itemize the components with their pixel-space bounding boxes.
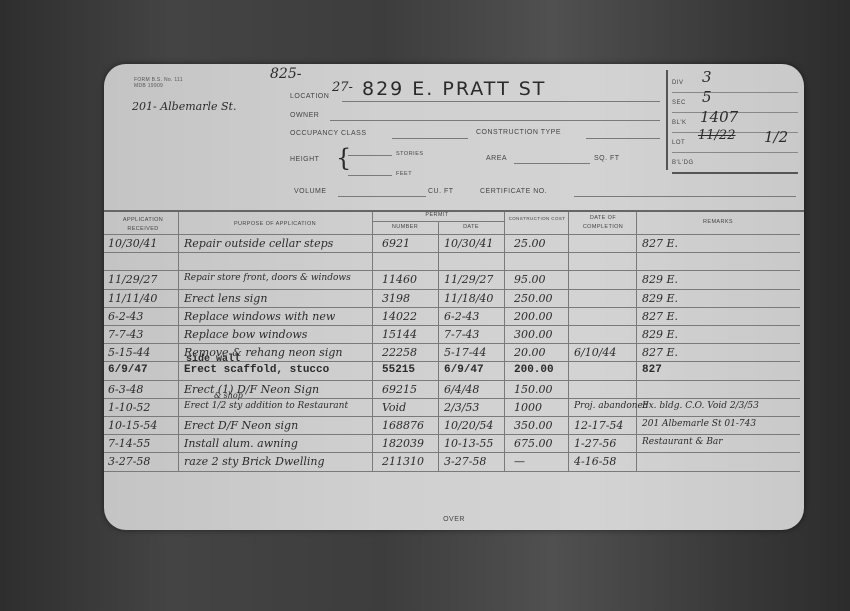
cell-cost: 1000 [514, 401, 542, 414]
cell-date: 10/20/54 [444, 419, 493, 432]
cell-completion: 1-27-56 [574, 437, 616, 450]
cell-received: 5-15-44 [108, 346, 150, 359]
header-completion: DATE OF COMPLETION [570, 214, 636, 232]
div-label: DIV [672, 80, 684, 86]
height-brace: { [336, 144, 351, 172]
cell-cost: 20.00 [514, 346, 546, 359]
location-line [342, 101, 660, 102]
cell-received: 6/9/47 [108, 364, 148, 376]
cell-purpose: Erect scaffold, stucco [184, 364, 329, 376]
cell-cost: 350.00 [514, 419, 553, 432]
purpose-note: side wall [186, 354, 240, 365]
location-prefix: 27- [332, 80, 353, 95]
cell-purpose: Install alum. awning [184, 437, 298, 450]
table-column-rule [178, 212, 179, 471]
cell-purpose: Erect 1/2 sty addition to Restaurant [184, 401, 348, 411]
cell-cost: 200.00 [514, 310, 553, 323]
table-rule [104, 452, 800, 453]
cell-cost: — [514, 455, 525, 468]
table-rule [104, 398, 800, 399]
cell-remarks: 827 E. [642, 237, 678, 250]
cell-number: 22258 [382, 346, 417, 359]
table-rule [104, 307, 800, 308]
cell-remarks: 829 E. [642, 292, 678, 305]
alt-address: 201- Albemarle St. [132, 100, 236, 113]
cuft-label: CU. FT [428, 188, 454, 195]
occupancy-line [392, 138, 468, 139]
cell-remarks: 829 E. [642, 273, 678, 286]
cell-cost: 25.00 [514, 237, 546, 250]
cell-date: 10-13-55 [444, 437, 493, 450]
cell-remarks: 829 E. [642, 328, 678, 341]
cell-received: 11/29/27 [108, 273, 157, 286]
table-rule [104, 289, 800, 290]
permit-record-card: FORM B.S. No. 111 MDB 19909 825- 201- Al… [104, 64, 804, 530]
cell-purpose: raze 2 sty Brick Dwelling [184, 455, 325, 468]
cell-date: 5-17-44 [444, 346, 486, 359]
over-label: OVER [104, 516, 804, 523]
sec-label: SEC [672, 100, 686, 106]
table-rule [104, 380, 800, 381]
cell-purpose: Erect lens sign [184, 292, 267, 305]
cell-received: 6-2-43 [108, 310, 143, 323]
header-cost: CONSTRUCTION COST [506, 214, 568, 223]
volume-line [338, 196, 426, 197]
feet-label: FEET [396, 171, 412, 177]
owner-line [330, 120, 660, 121]
header-number: NUMBER [372, 223, 438, 232]
cell-received: 10-15-54 [108, 419, 157, 432]
volume-label: VOLUME [294, 188, 327, 195]
table-column-rule [438, 221, 439, 471]
cell-number: 6921 [382, 237, 410, 250]
cell-completion: Proj. abandoned [574, 401, 649, 411]
cell-cost: 95.00 [514, 273, 546, 286]
cell-number: 3198 [382, 292, 410, 305]
lot-value: 1/2 [764, 128, 788, 146]
occupancy-label: OCCUPANCY CLASS [290, 130, 366, 137]
cell-date: 6/4/48 [444, 383, 479, 396]
table-rule [104, 343, 800, 344]
area-line [514, 163, 590, 164]
table-column-rule [636, 212, 637, 471]
table-rule [104, 325, 800, 326]
purpose-note: & shop [214, 391, 243, 400]
cell-number: 211310 [382, 455, 424, 468]
building-row: B'L'DG [672, 152, 798, 174]
header-purpose: PURPOSE OF APPLICATION [180, 220, 370, 229]
cell-number: Void [382, 401, 406, 414]
table-column-rule [568, 212, 569, 471]
cell-remarks: 827 E. [642, 310, 678, 323]
div-row: DIV 3 [672, 72, 798, 93]
parcel-info-box: DIV 3 SEC 5 BL'K 1407 LOT 11/22 1/2 B'L'… [666, 70, 798, 170]
stories-line [348, 155, 392, 156]
sqft-label: SQ. FT [594, 155, 620, 162]
top-annotation: 825- [270, 66, 301, 82]
cell-purpose: Erect (1) D/F Neon Sign [184, 383, 319, 396]
table-rule [104, 252, 800, 253]
cell-cost: 250.00 [514, 292, 553, 305]
location-value: 829 E. PRATT ST [362, 78, 546, 100]
cell-purpose: Erect D/F Neon sign [184, 419, 298, 432]
cell-date: 6-2-43 [444, 310, 479, 323]
cell-number: 14022 [382, 310, 417, 323]
cell-purpose: Replace windows with new [184, 310, 335, 323]
header-date: DATE [438, 223, 504, 232]
cell-date: 11/29/27 [444, 273, 493, 286]
feet-line [348, 175, 392, 176]
table-rule [104, 434, 800, 435]
sec-value: 5 [702, 88, 712, 106]
cell-completion: 6/10/44 [574, 346, 616, 359]
cell-received: 10/30/41 [108, 237, 157, 250]
lot-struck-value: 11/22 [698, 128, 735, 143]
cell-purpose: Replace bow windows [184, 328, 307, 341]
location-label: LOCATION [290, 93, 329, 100]
table-rule [104, 471, 800, 472]
block-label: BL'K [672, 120, 687, 126]
cell-purpose: Repair store front, doors & windows [184, 273, 351, 283]
block-value: 1407 [700, 108, 738, 126]
cell-date: 7-7-43 [444, 328, 479, 341]
cell-cost: 200.00 [514, 364, 554, 376]
header-received: APPLICATION RECEIVED [110, 216, 176, 234]
cell-received: 7-14-55 [108, 437, 150, 450]
cell-date: 3-27-58 [444, 455, 486, 468]
header-permit: PERMIT [372, 211, 502, 220]
table-column-rule [504, 212, 505, 471]
building-label: B'L'DG [672, 160, 694, 166]
cell-remarks: Restaurant & Bar [642, 437, 723, 447]
cell-cost: 150.00 [514, 383, 553, 396]
table-rule [104, 270, 800, 271]
cell-received: 11/11/40 [108, 292, 157, 305]
cell-received: 3-27-58 [108, 455, 150, 468]
cell-date: 2/3/53 [444, 401, 479, 414]
cell-cost: 300.00 [514, 328, 553, 341]
header-remarks: REMARKS [638, 218, 798, 227]
cell-completion: 4-16-58 [574, 455, 616, 468]
lot-label: LOT [672, 140, 685, 146]
div-value: 3 [702, 68, 712, 86]
construction-type-label: CONSTRUCTION TYPE [476, 129, 561, 136]
cell-completion: 12-17-54 [574, 419, 623, 432]
permit-table: APPLICATION RECEIVED PURPOSE OF APPLICAT… [104, 210, 804, 512]
cell-number: 182039 [382, 437, 424, 450]
cell-date: 11/18/40 [444, 292, 493, 305]
cell-received: 6-3-48 [108, 383, 143, 396]
form-number: FORM B.S. No. 111 MDB 19909 [134, 77, 183, 89]
table-column-rule [372, 212, 373, 471]
area-label: AREA [486, 155, 507, 162]
construction-type-line [586, 138, 660, 139]
certificate-label: CERTIFICATE NO. [480, 188, 547, 195]
cell-date: 10/30/41 [444, 237, 493, 250]
lot-row: LOT 11/22 1/2 [672, 132, 798, 153]
cell-purpose: Repair outside cellar steps [184, 237, 333, 250]
certificate-line [574, 196, 796, 197]
owner-label: OWNER [290, 112, 319, 119]
cell-number: 55215 [382, 364, 415, 376]
cell-cost: 675.00 [514, 437, 553, 450]
cell-number: 15144 [382, 328, 417, 341]
cell-number: 11460 [382, 273, 417, 286]
cell-received: 1-10-52 [108, 401, 150, 414]
table-rule [104, 416, 800, 417]
height-label: HEIGHT [290, 156, 319, 163]
cell-date: 6/9/47 [444, 364, 484, 376]
table-rule [104, 234, 800, 235]
cell-remarks: Ex. bldg. C.O. Void 2/3/53 [642, 401, 759, 411]
cell-remarks: 201 Albemarle St 01-743 [642, 419, 756, 429]
cell-number: 69215 [382, 383, 417, 396]
form-number-line: MDB 19909 [134, 83, 183, 89]
stories-label: STORIES [396, 151, 424, 157]
cell-number: 168876 [382, 419, 424, 432]
cell-remarks: 827 E. [642, 346, 678, 359]
cell-received: 7-7-43 [108, 328, 143, 341]
cell-remarks: 827 [642, 364, 662, 376]
